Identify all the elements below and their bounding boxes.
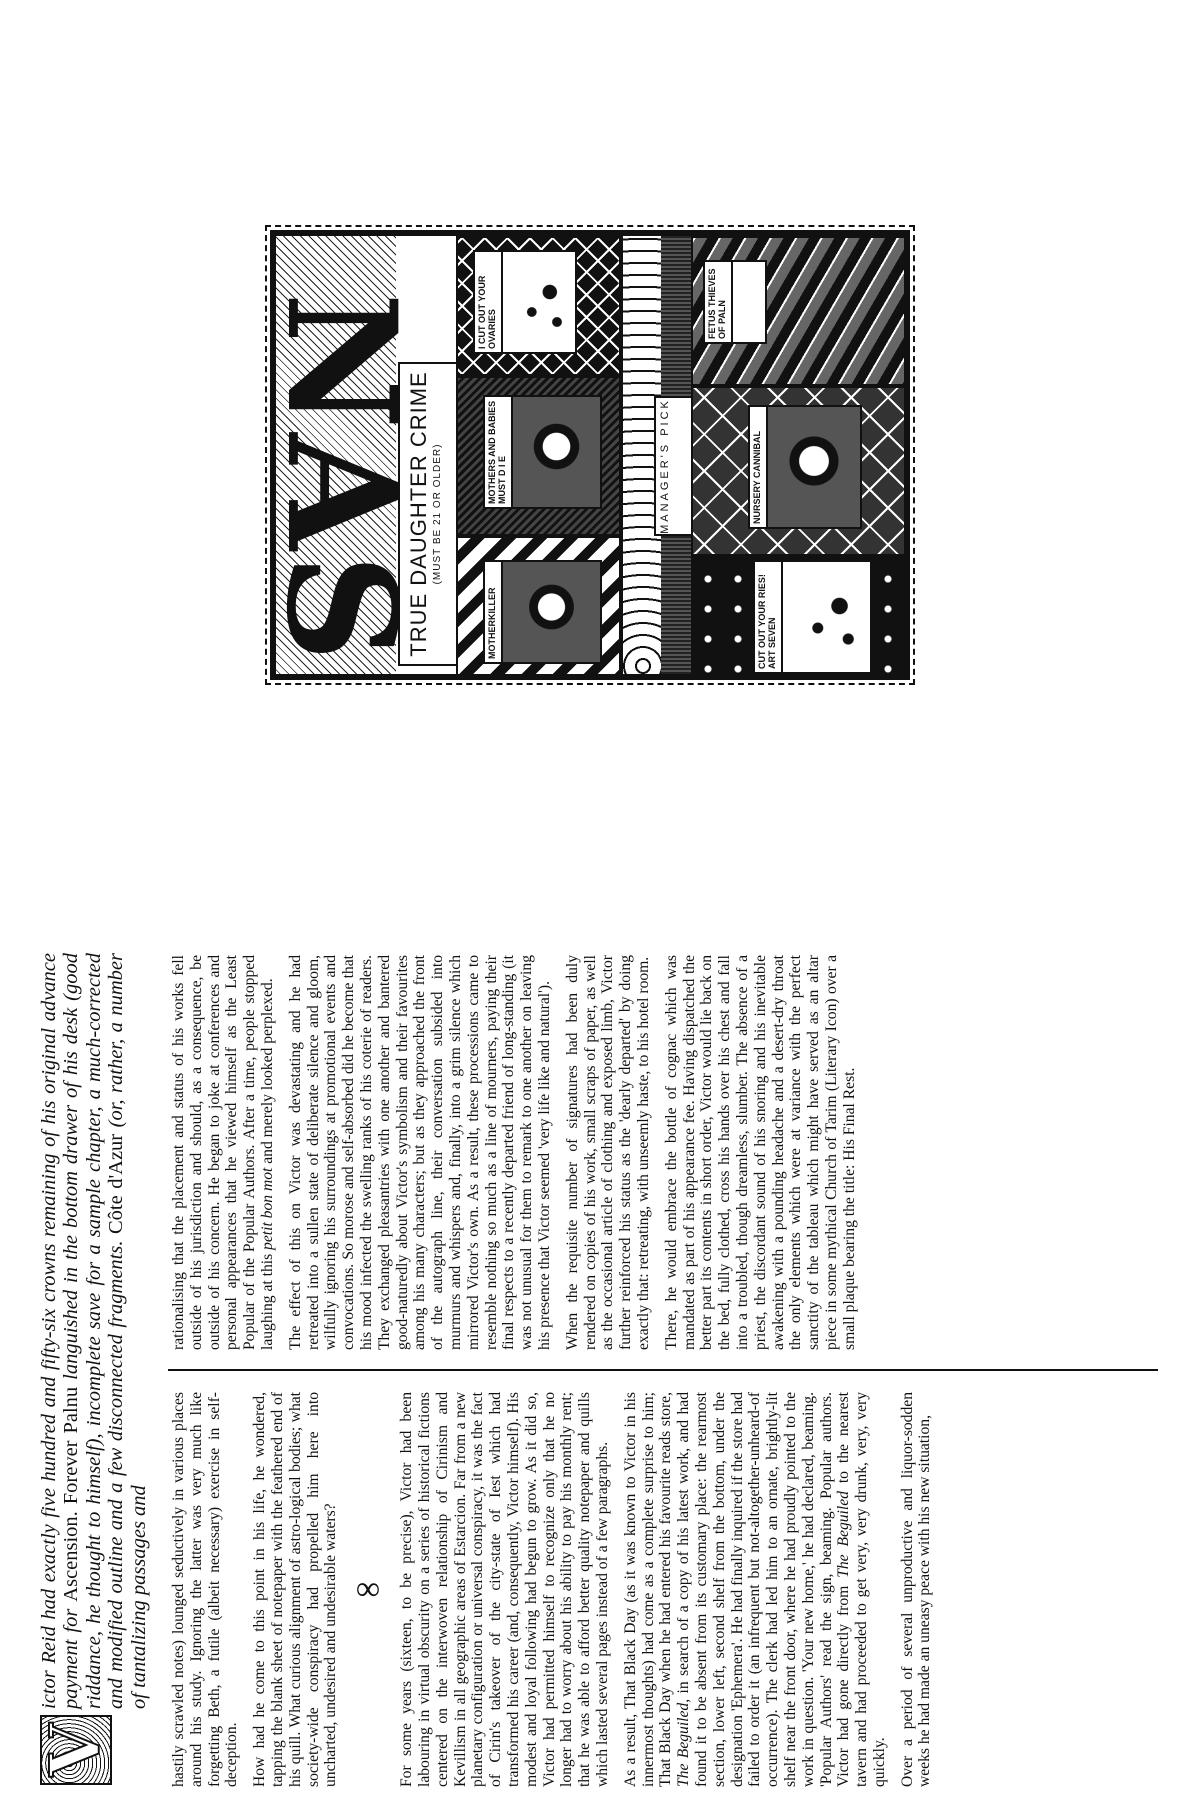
- cover-art-splatter-icon: [503, 252, 575, 352]
- paragraph: When the requisite number of signatures …: [564, 955, 653, 1350]
- ornamental-dropcap-icon: V: [40, 1715, 112, 1785]
- intro-text-upright: Ascension. Forever Palnu: [60, 1387, 82, 1602]
- paragraph: Over a period of several unproductive an…: [899, 1392, 935, 1787]
- cover-art-splatter-icon: [783, 562, 870, 672]
- right-column: rationalising that the placement and sta…: [170, 955, 868, 1350]
- italic-phrase: petit bon mot: [259, 1168, 276, 1250]
- book-title-reference: The Beguiled: [835, 1491, 852, 1578]
- banner-title: TRUE DAUGHTER CRIME: [406, 364, 432, 664]
- paragraph: The effect of this on Victor was devasta…: [287, 955, 554, 1350]
- paragraph-text: and merely looked perplexed.: [259, 978, 276, 1163]
- column-divider: [168, 1369, 1158, 1371]
- paragraph-text: in search of a copy of his latest work, …: [675, 1392, 852, 1787]
- cover-art-figure-icon: [513, 397, 600, 507]
- book-title: I CUT OUT YOUR OVARIES: [475, 252, 503, 352]
- book-cover: MOTHERKILLER: [483, 560, 602, 664]
- book-title-reference: The Beguiled,: [675, 1699, 692, 1787]
- book-fetus-thieves: FETUS THIEVES OF PALN: [691, 236, 910, 386]
- book-title: NURSERY CANNIBAL: [750, 407, 768, 527]
- book-motherkiller: MOTHERKILLER: [456, 536, 621, 680]
- article-rotated-content: V ictor Reid had exactly five hundred an…: [30, 945, 1170, 1795]
- intro-paragraph: ictor Reid had exactly five hundred and …: [38, 953, 150, 1709]
- cover-art-portrait-icon: [503, 562, 600, 662]
- illustration-frame: NAS TRUE DAUGHTER CRIME (MUST BE 21 OR O…: [270, 230, 910, 680]
- paragraph: There, he would embrace the bottle of co…: [663, 955, 859, 1350]
- book-mothers-and-babies: MOTHERS AND BABIES MUST D I E: [456, 376, 621, 536]
- intro-text-place: Côte d'Azur: [105, 1134, 127, 1234]
- article-text-block: V ictor Reid had exactly five hundred an…: [30, 945, 1170, 1795]
- book-cover: FETUS THIEVES OF PALN: [703, 260, 767, 344]
- book-ovaries: I CUT OUT YOUR OVARIES: [456, 236, 621, 376]
- article-intro: V ictor Reid had exactly five hundred an…: [38, 950, 168, 1795]
- book-cover: CUT OUT YOUR RIES! ART SEVEN: [753, 560, 872, 674]
- book-cover: I CUT OUT YOUR OVARIES: [473, 250, 577, 354]
- book-nursery-cannibal: NURSERY CANNIBAL: [691, 386, 910, 556]
- book-title: MOTHERKILLER: [485, 562, 503, 662]
- left-column: hastily scrawled notes) lounged seductiv…: [170, 1392, 944, 1787]
- banner-subtitle: (MUST BE 21 OR OLDER): [432, 364, 443, 664]
- infinity-ornament-icon: ∞: [171, 1572, 566, 1608]
- bottom-shelf: CUT OUT YOUR RIES! ART SEVEN NURSERY CAN…: [691, 236, 910, 680]
- top-shelf: MOTHERKILLER MOTHERS AND BABIES MUST D I…: [456, 236, 621, 680]
- section-banner: TRUE DAUGHTER CRIME (MUST BE 21 OR OLDER…: [398, 362, 460, 666]
- book-cover: NURSERY CANNIBAL: [748, 405, 862, 529]
- paragraph: As a result, That Black Day (as it was k…: [622, 1392, 889, 1787]
- paragraph: rationalising that the placement and sta…: [170, 955, 277, 1350]
- comic-illustration: NAS TRUE DAUGHTER CRIME (MUST BE 21 OR O…: [270, 230, 910, 680]
- book-title: MOTHERS AND BABIES MUST D I E: [485, 397, 513, 507]
- book-title: CUT OUT YOUR RIES! ART SEVEN: [755, 562, 783, 672]
- dropcap-letter: V: [42, 1717, 110, 1783]
- store-sign-lettering: NAS: [270, 292, 416, 666]
- illustration-rotated-content: NAS TRUE DAUGHTER CRIME (MUST BE 21 OR O…: [276, 236, 910, 680]
- book-cut-out-your-ries: CUT OUT YOUR RIES! ART SEVEN: [691, 556, 910, 680]
- cover-art-silhouette-icon: [768, 407, 860, 527]
- book-cover: MOTHERS AND BABIES MUST D I E: [483, 395, 602, 509]
- paragraph-text: As a result, That Black Day (as it was k…: [622, 1392, 675, 1787]
- book-title: FETUS THIEVES OF PALN: [705, 262, 733, 342]
